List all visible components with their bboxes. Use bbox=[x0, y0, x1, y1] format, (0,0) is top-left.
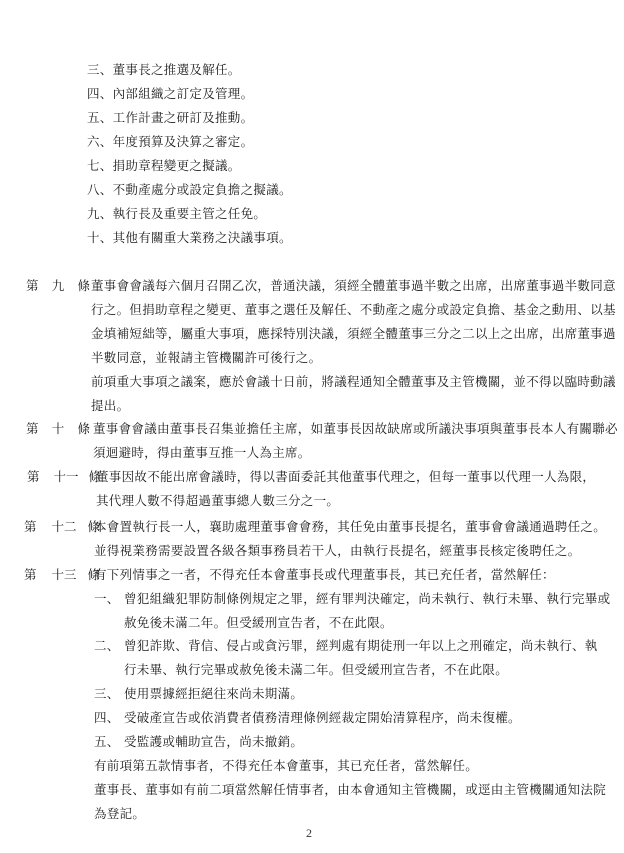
article-13-paragraph-3: 為登記。 bbox=[94, 806, 145, 822]
article-9-label: 第九條 bbox=[26, 278, 90, 294]
article-11-line: 董事因故不能出席會議時，得以書面委託其他董事代理之，但每一董事以代理一人為限， bbox=[96, 469, 595, 485]
article-13-paragraph-2: 有前項第五款情事者，不得充任本會董事，其已充任者，當然解任。 bbox=[94, 758, 478, 774]
article-13-label: 第十三條 bbox=[24, 567, 100, 583]
article-10-line: 須迴避時，得由董事互推一人為主席。 bbox=[93, 445, 311, 461]
article-13-item-number: 二、 bbox=[94, 638, 120, 654]
article-13-paragraph-3: 董事長、董事如有前二項當然解任情事者，由本會通知主管機關，或逕由主管機關通知法院 bbox=[94, 782, 606, 798]
list-item: 三、董事長之推選及解任。 bbox=[87, 62, 241, 78]
article-13-item-line: 曾犯詐欺、背信、侵占或貪污罪，經判處有期徒刑一年以上之刑確定，尚未執行、執 bbox=[124, 638, 598, 654]
article-9-line: 提出。 bbox=[91, 398, 129, 414]
list-item: 五、工作計畫之研訂及推動。 bbox=[87, 110, 253, 126]
article-13-intro: 有下列情事之一者，不得充任本會董事長或代理董事長，其已充任者，當然解任： bbox=[94, 567, 555, 583]
article-12-line: 並得視業務需要設置各級各類事務員若干人，由執行長提名，經董事長核定後聘任之。 bbox=[94, 543, 580, 559]
list-item: 七、捐助章程變更之擬議。 bbox=[87, 158, 241, 174]
article-9-line: 半數同意，並報請主管機關許可後行之。 bbox=[91, 350, 321, 366]
article-13-item-number: 一、 bbox=[94, 591, 120, 607]
article-12-line: 本會置執行長一人，襄助處理董事會會務，其任免由董事長提名，董事會會議通過聘任之。 bbox=[94, 519, 606, 535]
article-13-item-number: 三、 bbox=[94, 686, 120, 702]
article-13-item-line: 受破產宣告或依消費者債務清理條例經裁定開始清算程序，尚未復權。 bbox=[124, 710, 521, 726]
article-10-label: 第十條 bbox=[26, 421, 90, 437]
article-12-label: 第十二條 bbox=[24, 519, 100, 535]
list-item: 八、不動產處分或設定負擔之擬議。 bbox=[87, 182, 292, 198]
article-13-item-number: 五、 bbox=[94, 734, 120, 750]
article-13-item-number: 四、 bbox=[94, 710, 120, 726]
list-item: 九、執行長及重要主管之任免。 bbox=[87, 206, 266, 222]
article-11-label: 第十一條 bbox=[27, 469, 101, 485]
list-item: 十、其他有關重大業務之決議事項。 bbox=[87, 230, 292, 246]
article-13-item-line: 使用票據經拒絕往來尚未期滿。 bbox=[124, 686, 303, 702]
article-13-item-line: 曾犯組織犯罪防制條例規定之罪，經有罪判決確定，尚未執行、執行未畢、執行完畢或 bbox=[124, 591, 610, 607]
list-item: 四、內部組織之訂定及管理。 bbox=[87, 86, 253, 102]
article-9-line: 前項重大事項之議案，應於會議十日前，將議程通知全體董事及主管機關，並不得以臨時動… bbox=[91, 374, 616, 390]
article-10-line: 董事會會議由董事長召集並擔任主席，如董事長因故缺席或所議決事項與董事長本人有關聯… bbox=[93, 421, 618, 437]
article-9-line: 金填補短絀等，屬重大事項，應採特別決議，須經全體董事三分之二以上之出席，出席董事… bbox=[91, 326, 616, 342]
list-item: 六、年度預算及決算之審定。 bbox=[87, 134, 253, 150]
article-9-line: 董事會會議每六個月召開乙次，普通決議，須經全體董事過半數之出席，出席董事過半數同… bbox=[91, 278, 616, 294]
article-13-item-line: 赦免後未滿二年。但受緩刑宣告者，不在此限。 bbox=[124, 615, 393, 631]
article-13-item-line: 受監護或輔助宣告，尚未撤銷。 bbox=[124, 734, 303, 750]
article-11-line: 其代理人數不得超過董事總人數三分之一。 bbox=[96, 493, 339, 509]
page-number: 2 bbox=[306, 826, 312, 841]
article-13-item-line: 行未畢、執行完畢或赦免後未滿二年。但受緩刑宣告者，不在此限。 bbox=[124, 662, 508, 678]
article-9-line: 行之。但捐助章程之變更、董事之選任及解任、不動產之處分或設定負擔、基金之動用、以… bbox=[91, 302, 616, 318]
